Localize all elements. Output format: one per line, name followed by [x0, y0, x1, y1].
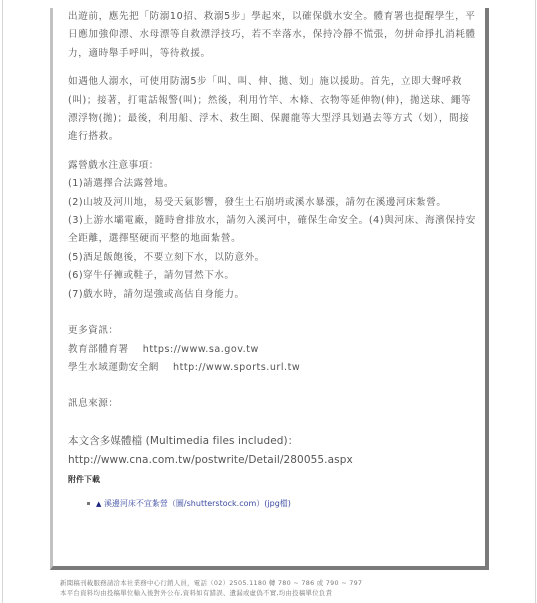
article-content-box: 出遊前，應先把「防溺10招、救溺5步」學起來，以確保戲水安全。體育署也提醒學生，… [50, 8, 489, 570]
source-label: 訊息來源： [68, 395, 478, 413]
more-info-item: 學生水域運動安全網 http://www.sports.url.tw [68, 359, 478, 377]
attachment-item[interactable]: ▲ 溪邊河床不宜紮營（圖/shutterstock.com）(jpg檔) [68, 498, 478, 510]
bullet-icon [87, 502, 90, 505]
page-right-rule [535, 0, 536, 603]
paragraph-rescue-steps: 如遇他人溺水，可使用防溺5步「叫、叫、伸、拋、划」施以援助。首先，立即大聲呼救(… [68, 73, 478, 147]
note-item: (1)請選擇合法露營地。 [68, 175, 478, 193]
more-info-org: 學生水域運動安全網 [68, 362, 159, 373]
multimedia-url[interactable]: http://www.cna.com.tw/postwrite/Detail/2… [68, 451, 478, 470]
triangle-icon: ▲ [96, 500, 101, 508]
multimedia-label: 本文含多媒體檔 (Multimedia files included)： [68, 432, 478, 451]
note-item: (2)山坡及河川地，易受天氣影響，發生土石崩坍或溪水暴漲，請勿在溪邊河床紮營。 [68, 194, 478, 212]
note-item: (6)穿牛仔褲或鞋子，請勿冒然下水。 [68, 267, 478, 285]
attachments-list: ▲ 溪邊河床不宜紮營（圖/shutterstock.com）(jpg檔) [68, 498, 478, 510]
note-item: (7)戲水時，請勿逞強或高估自身能力。 [68, 286, 478, 304]
attachments-title: 附件下載 [68, 474, 478, 486]
article-body: 出遊前，應先把「防溺10招、救溺5步」學起來，以確保戲水安全。體育署也提醒學生，… [68, 8, 478, 510]
page-footer: 新聞稿刊載服務請洽本社業務中心行銷人員，電話（02）2505.1180 轉 78… [60, 578, 362, 598]
note-item: (3)上游水壩電廠，隨時會排放水，請勿入溪河中，確保生命安全。(4)與河床、海濱… [68, 212, 478, 249]
page-left-rule [2, 0, 3, 603]
more-info-item: 教育部體育署 https://www.sa.gov.tw [68, 341, 478, 359]
more-info-org: 教育部體育署 [68, 344, 129, 355]
attachment-link[interactable]: 溪邊河床不宜紮營（圖/shutterstock.com）(jpg檔) [104, 499, 291, 508]
more-info-url[interactable]: http://www.sports.url.tw [173, 362, 300, 373]
paragraph-safety-tips: 出遊前，應先把「防溺10招、救溺5步」學起來，以確保戲水安全。體育署也提醒學生，… [68, 8, 478, 63]
notes-title: 露營戲水注意事項： [68, 157, 478, 175]
footer-contact-line: 新聞稿刊載服務請洽本社業務中心行銷人員，電話（02）2505.1180 轉 78… [60, 578, 362, 588]
more-info-title: 更多資訊： [68, 322, 478, 340]
footer-disclaimer-line: 本平台資料均由投稿單位輸入後對外公布,資料如有錯誤、遺漏或虛偽不實,均由投稿單位… [60, 588, 362, 598]
more-info-url[interactable]: https://www.sa.gov.tw [143, 344, 259, 355]
note-item: (5)酒足飯飽後，不要立刻下水，以防意外。 [68, 249, 478, 267]
